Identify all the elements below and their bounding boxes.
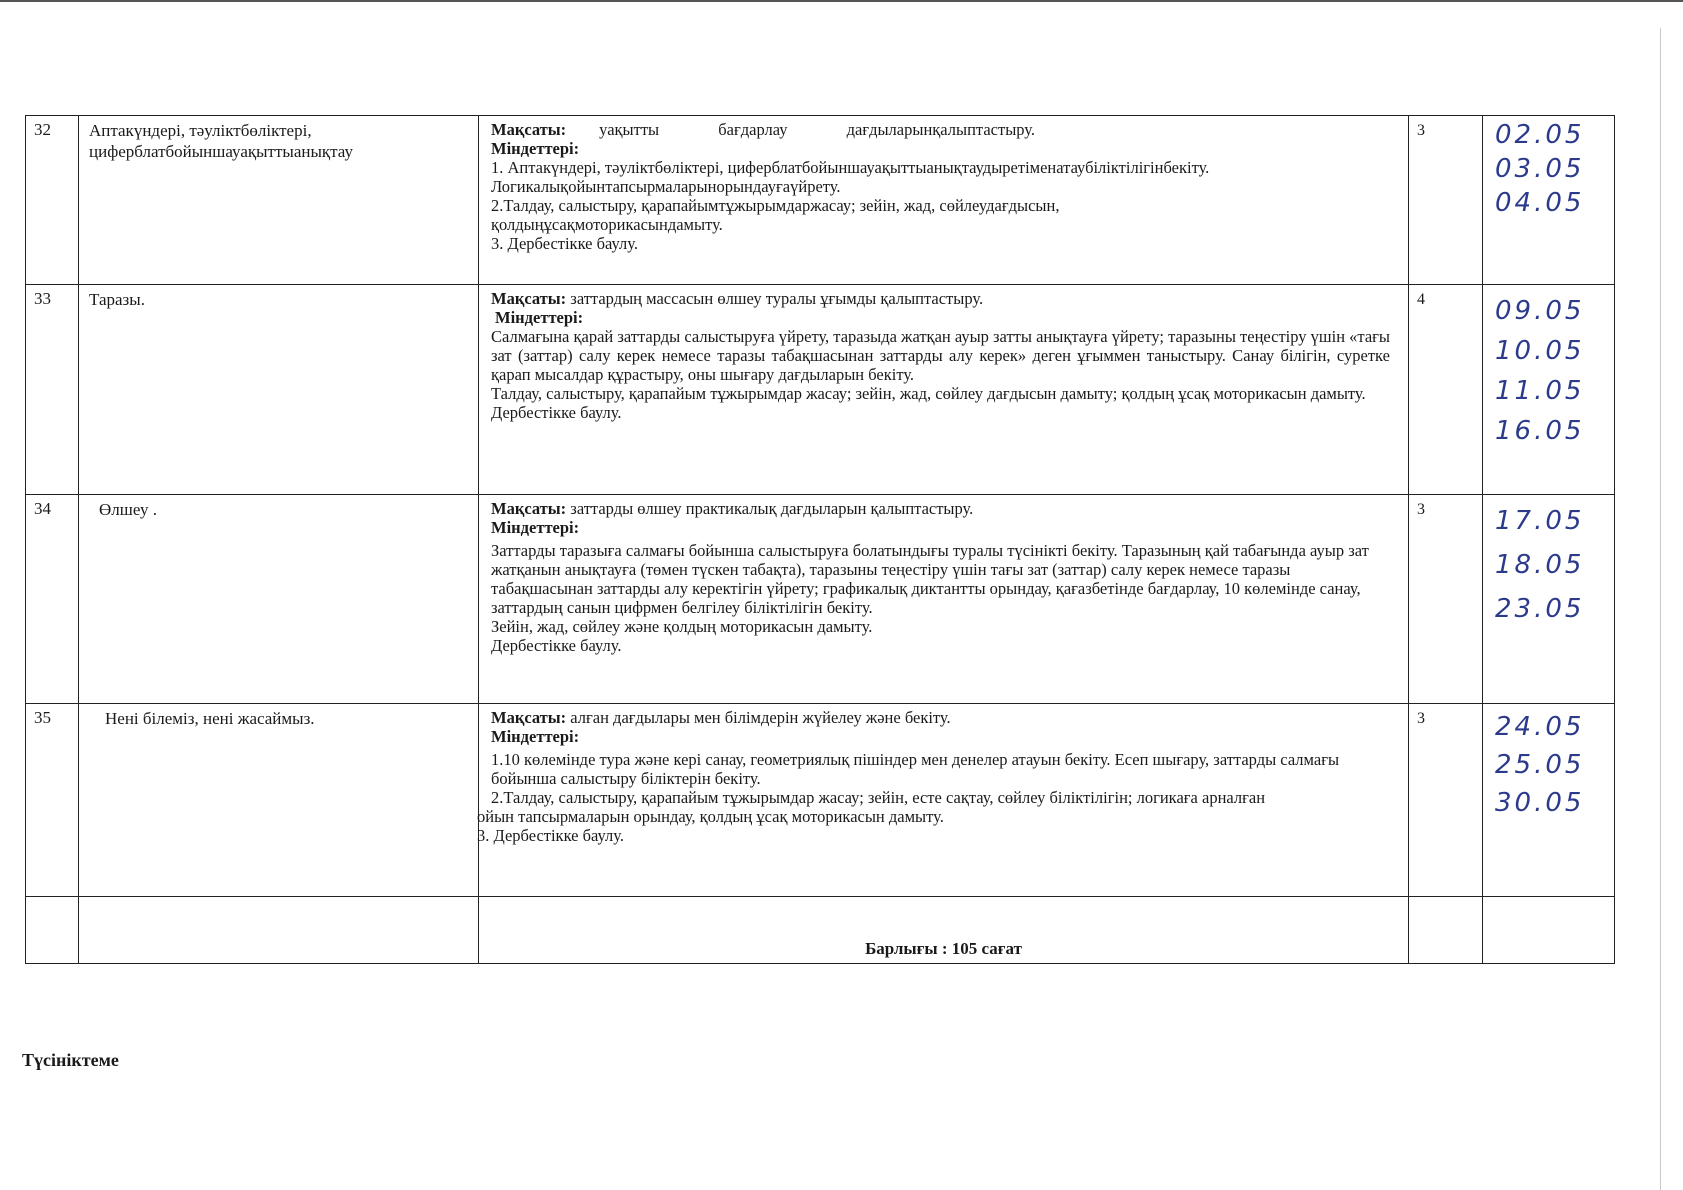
task-item: Талдау, салыстыру, қарапайым тұжырымдар … xyxy=(491,384,1390,403)
lesson-topic: Нені білеміз, нені жасаймыз. xyxy=(105,708,485,729)
task-item: 2.Талдау, салыстыру, қарапайымтұжырымдар… xyxy=(491,196,1390,215)
date-entry: 10.05 xyxy=(1495,331,1584,371)
lesson-description: Мақсаты: заттардың массасын өлшеу туралы… xyxy=(491,289,1390,422)
lesson-description: Мақсаты: уақытты бағдарлау дағдыларынқал… xyxy=(491,120,1390,253)
task-item: 1. Аптакүндері, тәуліктбөліктері, циферб… xyxy=(491,158,1390,177)
tasks-label: Міндеттері: xyxy=(491,139,1390,158)
lesson-topic: Аптакүндері, тәуліктбөліктері, циферблат… xyxy=(89,120,469,162)
goal-label: Мақсаты: xyxy=(491,499,566,518)
tasks-label: Міндеттері: xyxy=(491,308,1390,327)
date-entry: 30.05 xyxy=(1495,784,1584,822)
date-entry: 24.05 xyxy=(1495,708,1584,746)
date-entry: 04.05 xyxy=(1495,186,1584,220)
hours-count: 3 xyxy=(1417,501,1425,519)
page-edge xyxy=(0,0,1683,2)
tasks-label: Міндеттері: xyxy=(491,518,1390,537)
goal-label: Мақсаты: xyxy=(491,708,566,727)
task-item: 1.10 көлемінде тура және кері санау, гео… xyxy=(491,750,1390,788)
date-entry: 03.05 xyxy=(1495,152,1584,186)
page-edge xyxy=(1660,28,1661,1190)
task-item: Логикалықойынтапсырмаларынорындауғаүйрет… xyxy=(491,177,1390,196)
date-entry: 18.05 xyxy=(1495,543,1584,587)
date-entry: 11.05 xyxy=(1495,371,1584,411)
date-entry: 09.05 xyxy=(1495,291,1584,331)
task-item: 3. Дербестікке баулу. xyxy=(491,234,1390,253)
handwritten-dates: 02.05 03.05 04.05 xyxy=(1495,118,1584,220)
table-row: 34 Өлшеу . Мақсаты: заттарды өлшеу практ… xyxy=(25,494,1615,704)
task-item: 3. Дербестікке баулу. xyxy=(477,826,1390,845)
goal-label: Мақсаты: xyxy=(491,289,566,308)
lesson-topic: Өлшеу . xyxy=(99,499,479,520)
handwritten-dates: 09.05 10.05 11.05 16.05 xyxy=(1495,291,1584,451)
table-row-total: Барлығы : 105 сағат xyxy=(25,896,1615,964)
lesson-number: 32 xyxy=(34,120,51,140)
total-hours: Барлығы : 105 сағат xyxy=(479,939,1408,959)
handwritten-dates: 17.05 18.05 23.05 xyxy=(1495,499,1584,631)
task-item: Дербестікке баулу. xyxy=(491,403,1390,422)
handwritten-dates: 24.05 25.05 30.05 xyxy=(1495,708,1584,822)
lesson-number: 34 xyxy=(34,499,51,519)
table-row: 33 Таразы. Мақсаты: заттардың массасын ө… xyxy=(25,284,1615,495)
goal-text: заттардың массасын өлшеу туралы ұғымды қ… xyxy=(570,289,983,308)
table-row: 32 Аптакүндері, тәуліктбөліктері, циферб… xyxy=(25,115,1615,285)
date-entry: 25.05 xyxy=(1495,746,1584,784)
task-item: Салмағына қарай заттарды салыстыруға үйр… xyxy=(491,327,1390,384)
task-item: Заттарды таразыға салмағы бойынша салыст… xyxy=(491,541,1390,617)
hours-count: 3 xyxy=(1417,122,1425,140)
hours-count: 4 xyxy=(1417,291,1425,309)
date-entry: 17.05 xyxy=(1495,499,1584,543)
lesson-topic: Таразы. xyxy=(89,289,469,310)
section-heading: Түсініктеме xyxy=(22,1050,119,1071)
lesson-description: Мақсаты: заттарды өлшеу практикалық дағд… xyxy=(491,499,1390,655)
task-item: қолдыңұсақмоторикасындамыту. xyxy=(491,215,1390,234)
lesson-number: 33 xyxy=(34,289,51,309)
date-entry: 02.05 xyxy=(1495,118,1584,152)
hours-count: 3 xyxy=(1417,710,1425,728)
goal-text: уақытты бағдарлау дағдыларынқалыптастыру… xyxy=(599,120,1035,139)
goal-text: заттарды өлшеу практикалық дағдыларын қа… xyxy=(570,499,973,518)
goal-text: алған дағдылары мен білімдерін жүйелеу ж… xyxy=(570,708,950,727)
task-item: ойын тапсырмаларын орындау, қолдың ұсақ … xyxy=(477,807,1390,826)
lesson-description: Мақсаты: алған дағдылары мен білімдерін … xyxy=(491,708,1390,845)
date-entry: 23.05 xyxy=(1495,587,1584,631)
table-row: 35 Нені білеміз, нені жасаймыз. Мақсаты:… xyxy=(25,703,1615,897)
task-item: 2.Талдау, салыстыру, қарапайым тұжырымда… xyxy=(491,788,1390,807)
date-entry: 16.05 xyxy=(1495,411,1584,451)
lesson-number: 35 xyxy=(34,708,51,728)
task-item: Зейін, жад, сөйлеу және қолдың моторикас… xyxy=(491,617,1390,636)
tasks-label: Міндеттері: xyxy=(491,727,1390,746)
goal-label: Мақсаты: xyxy=(491,120,566,139)
task-item: Дербестікке баулу. xyxy=(491,636,1390,655)
